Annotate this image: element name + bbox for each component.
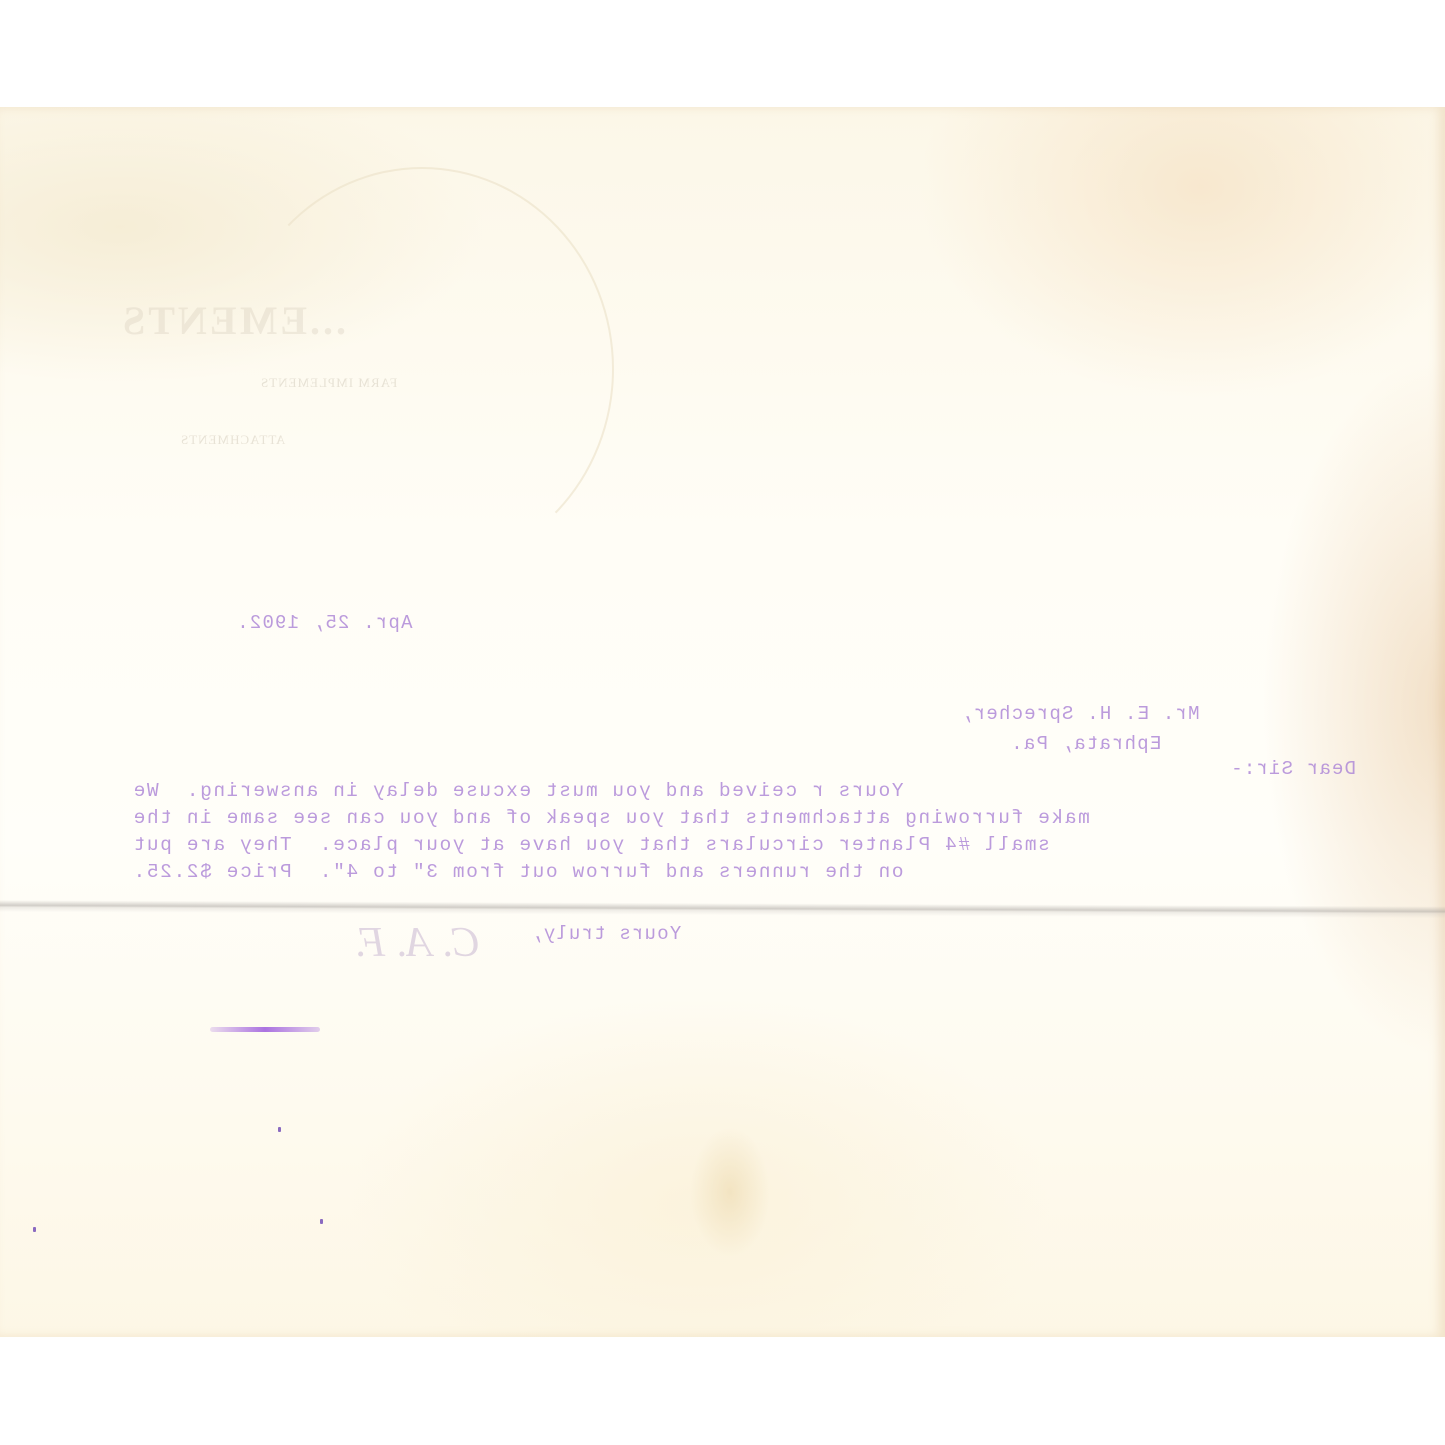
ink-speck (278, 1127, 281, 1132)
letterhead-line-ghost: ATTACHMENTS (180, 432, 285, 448)
ink-speck (33, 1227, 36, 1232)
body-line: small #4 Planter circulars that you have… (132, 834, 1050, 856)
paper-fold-line (0, 900, 1445, 918)
letter-date: Apr. 25, 1902. (236, 612, 412, 634)
paper-stain (690, 1127, 770, 1257)
recipient-city: Ephrata, Pa. (1010, 733, 1161, 755)
closing: Yours truly, (530, 923, 681, 945)
ink-speck (320, 1219, 323, 1224)
body-line: on the runners and furrow out from 3" to… (132, 861, 904, 883)
letterhead-title-ghost: ...EMENTS (120, 297, 346, 344)
paper-crease-arc (230, 167, 614, 571)
body-line: make furrowing attachments that you spea… (132, 807, 1090, 829)
letterhead-line-ghost: FARM IMPLEMENTS (260, 375, 397, 391)
letter-paper: ...EMENTS FARM IMPLEMENTS ATTACHMENTS Ap… (0, 107, 1445, 1337)
recipient-name: Mr. E. H. Sprecher, (960, 703, 1199, 725)
ink-smudge (210, 1027, 320, 1032)
body-line: Yours r ceived and you must excuse delay… (132, 780, 970, 802)
salutation: Dear Sir:- (1230, 758, 1356, 780)
signature: C. A. F. (220, 919, 480, 989)
